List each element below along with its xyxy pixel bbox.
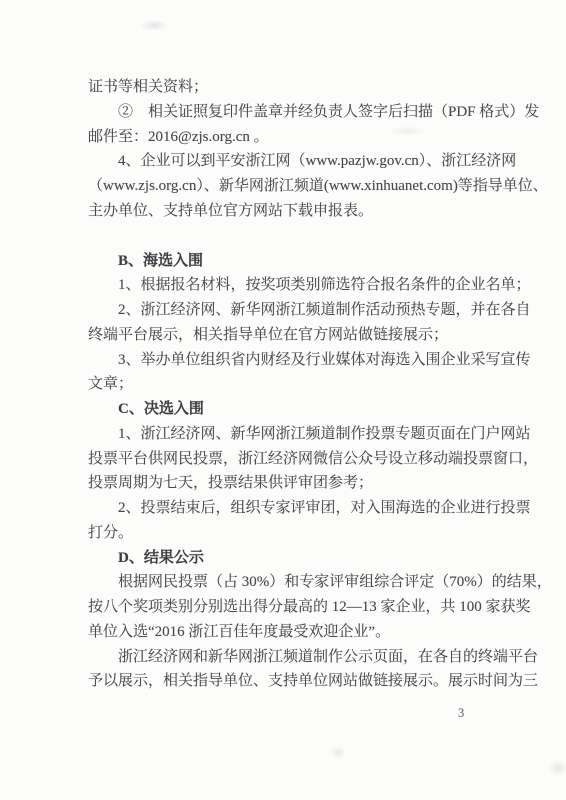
text-line: 根据网民投票（占 30%）和专家评审组综合评定（70%）的结果， [88,570,480,595]
text-line: 3、举办单位组织省内财经及行业媒体对海选入围企业采写宣传 [88,348,480,373]
text-line: 予以展示，相关指导单位、支持单位网站做链接展示。展示时间为三 [88,669,480,694]
page-number: 3 [458,706,464,721]
text-line: 投票周期为七天，投票结果供评审团参考； [88,471,480,496]
scan-smudge [330,746,346,759]
text-line: （www.zjs.org.cn）、新华网浙江频道(www.xinhuanet.c… [88,174,480,199]
text-line: 投票平台供网民投票，浙江经济网微信公众号设立移动端投票窗口， [88,447,480,472]
text-line: 2、浙江经济网、新华网浙江频道制作活动预热专题，并在各自 [88,298,480,323]
scan-smudge [548,760,566,776]
text-line: 浙江经济网和新华网浙江频道制作公示页面，在各自的终端平台 [88,645,480,670]
text-line: 1、根据报名材料，按奖项类别筛选符合报名条件的企业名单； [88,273,480,298]
text-line: 1、浙江经济网、新华网浙江频道制作投票专题页面在门户网站 [88,422,480,447]
text-line: 2、投票结束后，组织专家评审团，对入围海选的企业进行投票 [88,496,480,521]
text-line: 终端平台展示，相关指导单位在官方网站做链接展示； [88,323,480,348]
text-line: 主办单位、支持单位官方网站下载申报表。 [88,199,480,224]
section-heading-b: B、海选入围 [88,249,480,274]
document-body: 证书等相关资料； ② 相关证照复印件盖章并经负责人签字后扫描（PDF 格式）发 … [88,75,480,694]
section-heading-c: C、决选入围 [88,397,480,422]
text-line: 文章； [88,372,480,397]
scanned-document-page: 证书等相关资料； ② 相关证照复印件盖章并经负责人签字后扫描（PDF 格式）发 … [0,0,566,800]
text-line: ② 相关证照复印件盖章并经负责人签字后扫描（PDF 格式）发 [88,100,480,125]
text-line: 证书等相关资料； [88,75,480,100]
text-line: 单位入选“2016 浙江百佳年度最受欢迎企业”。 [88,620,480,645]
text-line: 按八个奖项类别分别选出得分最高的 12—13 家企业，共 100 家获奖 [88,595,480,620]
scan-smudge [140,20,168,31]
text-line: 打分。 [88,521,480,546]
section-heading-d: D、结果公示 [88,546,480,571]
text-line: 邮件至：2016@zjs.org.cn 。 [88,125,480,150]
text-line: 4、企业可以到平安浙江网（www.pazjw.gov.cn）、浙江经济网 [88,149,480,174]
